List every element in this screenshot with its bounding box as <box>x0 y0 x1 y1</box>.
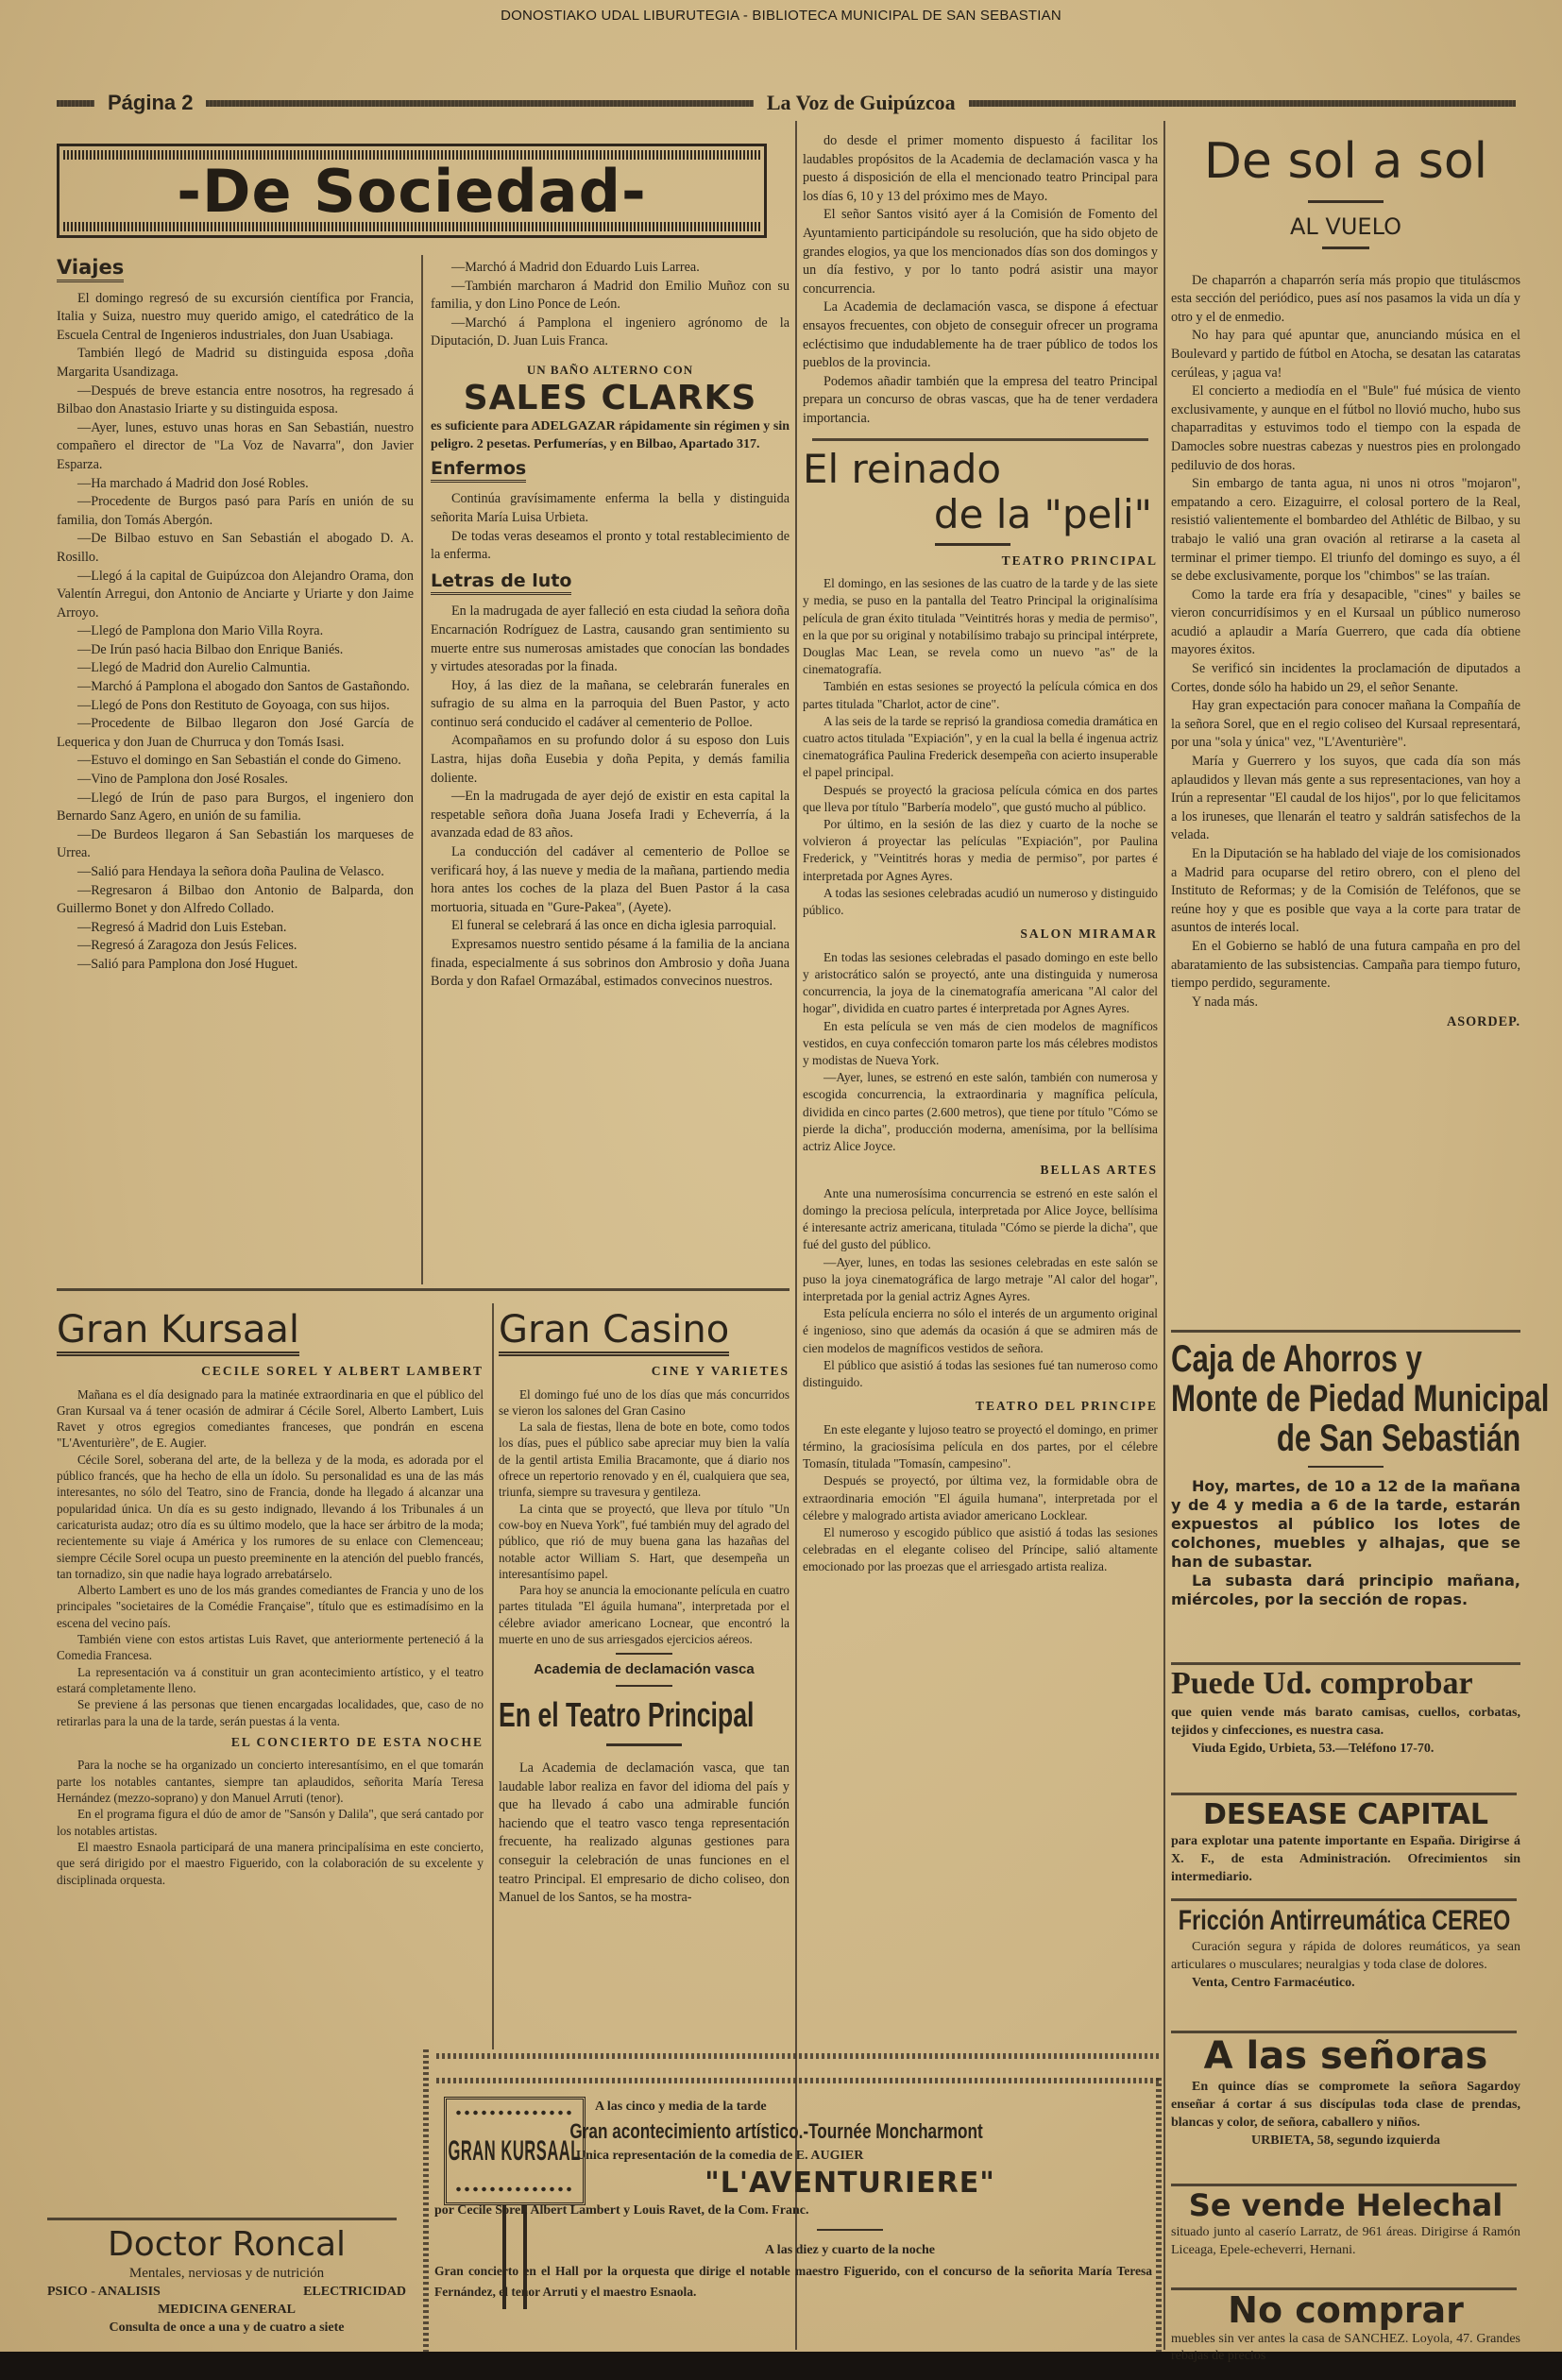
academia-continued: do desde el primer momento dispuesto á f… <box>803 132 1158 429</box>
luto-paragraph: Expresamos nuestro sentido pésame á la f… <box>431 936 789 992</box>
enfermos-paragraph: De todas veras deseamos el pronto y tota… <box>431 528 789 565</box>
luto-paragraph: En la madrugada de ayer falleció en esta… <box>431 603 789 676</box>
viajes-paragraph: —De Bilbao estuvo en San Sebastián el ab… <box>57 530 414 567</box>
concert-heading: EL CONCIERTO DE ESTA NOCHE <box>57 1733 484 1752</box>
caja-ahorros-ad: Caja de Ahorros y Monte de Piedad Munici… <box>1171 1339 1520 1609</box>
section-divider <box>1171 1898 1517 1901</box>
caja-title-2: Monte de Piedad Municipal <box>1171 1379 1549 1419</box>
ad-border <box>436 2053 1160 2059</box>
sol-paragraph: María y Guerrero y los suyos, que cada d… <box>1171 753 1520 845</box>
senoras-ad: A las señoras En quince días se comprome… <box>1171 2034 1520 2150</box>
viajes-paragraph: —De Burdeos llegaron á San Sebastián los… <box>57 826 414 863</box>
sol-paragraph: Se verificó sin incidentes la proclamaci… <box>1171 660 1520 697</box>
section-divider <box>1171 2031 1517 2033</box>
sociedad-column-2: —Marchó á Madrid don Eduardo Luis Larrea… <box>431 259 789 992</box>
page-number: Página 2 <box>108 91 193 115</box>
no-comprar-title: No comprar <box>1171 2289 1520 2331</box>
ad-body: es suficiente para ADELGAZAR rápidamente… <box>431 417 789 454</box>
divider <box>616 1653 672 1655</box>
cinema-paragraph: En este elegante y lujoso teatro se proy… <box>803 1421 1158 1473</box>
gran-kursaal-subheading: CECILE SOREL Y ALBERT LAMBERT <box>57 1362 484 1381</box>
kursaal-paragraph: Mañana es el día designado para la matin… <box>57 1386 484 1452</box>
viajes-paragraph: —Después de breve estancia entre nosotro… <box>57 382 414 419</box>
viajes-paragraph: —También marcharon á Madrid don Emilio M… <box>431 278 789 314</box>
desease-capital-ad: DESEASE CAPITAL para explotar una patent… <box>1171 1798 1520 1886</box>
kursaal-paragraph: Cécile Sorel, soberana del arte, de la b… <box>57 1452 484 1582</box>
ad-cast: por Cecile Sorel, Albert Lambert y Louis… <box>434 2201 1152 2221</box>
column-divider <box>421 255 423 1284</box>
masthead-rule <box>206 100 753 107</box>
enfermos-paragraph: Continúa gravísimamente enferma la bella… <box>431 490 789 527</box>
senoras-address: URBIETA, 58, segundo izquierda <box>1171 2132 1520 2150</box>
ad-border <box>436 2078 1160 2083</box>
cinema-paragraph: Por último, en la sesión de las diez y c… <box>803 816 1158 885</box>
gran-casino-body: El domingo fué uno de los días que más c… <box>499 1386 789 1648</box>
friccion-venta: Venta, Centro Farmacéutico. <box>1171 1974 1520 1992</box>
divider <box>817 2229 883 2231</box>
viajes-paragraph: —Llegó á la capital de Guipúzcoa don Ale… <box>57 568 414 623</box>
puede-body: que quien vende más barato camisas, cuel… <box>1171 1704 1520 1740</box>
no-comprar-body: muebles sin ver antes la casa de SANCHEZ… <box>1171 2331 1520 2365</box>
section-divider <box>1171 1793 1517 1795</box>
sol-paragraph: De chaparrón a chaparrón sería más propi… <box>1171 272 1520 328</box>
cinema-paragraph: El domingo, en las sesiones de las cuatr… <box>803 575 1158 678</box>
viajes-paragraph: —Procedente de Bilbao llegaron don José … <box>57 715 414 752</box>
sol-paragraph: El concierto a mediodía en el "Bule" fué… <box>1171 382 1520 475</box>
friccion-body: Curación segura y rápida de dolores reum… <box>1171 1938 1520 1974</box>
cinema-paragraph: En todas las sesiones celebradas el pasa… <box>803 949 1158 1018</box>
sales-clarks-ad: UN BAÑO ALTERNO CON SALES CLARKS es sufi… <box>431 361 789 454</box>
gran-casino-article: Gran Casino CINE Y VARIETES El domingo f… <box>499 1308 789 1908</box>
sol-paragraph: Sin embargo de tanta agua, ni unos ni ot… <box>1171 475 1520 586</box>
kursaal-ad: A las cinco y media de la tarde Gran aco… <box>548 2097 1152 2303</box>
viajes-heading: Viajes <box>57 259 124 282</box>
cinema-column: do desde el primer momento dispuesto á f… <box>803 132 1158 1576</box>
no-comprar-ad: No comprar muebles sin ver antes la casa… <box>1171 2289 1520 2365</box>
ad-kicker: UN BAÑO ALTERNO CON <box>431 361 789 380</box>
cinema-venue-heading: SALON MIRAMAR <box>803 925 1158 943</box>
enfermos-body: Continúa gravísimamente enferma la bella… <box>431 490 789 564</box>
luto-body: En la madrugada de ayer falleció en esta… <box>431 603 789 991</box>
kursaal-paragraph: También viene con estos artistas Luis Ra… <box>57 1631 484 1664</box>
de-sol-a-sol-column: De sol a sol AL VUELO De chaparrón a cha… <box>1171 132 1520 1032</box>
academia-body: La Academia de declamación vasca, que ta… <box>499 1759 789 1908</box>
de-sociedad-header: -De Sociedad- <box>57 144 767 238</box>
senoras-title: A las señoras <box>1171 2034 1520 2078</box>
de-sol-a-sol-body: De chaparrón a chaparrón sería más propi… <box>1171 272 1520 1012</box>
concert-paragraph: Para la noche se ha organizado un concie… <box>57 1757 484 1806</box>
viajes-paragraph: —Llegó de Madrid don Aurelio Calmuntia. <box>57 659 414 678</box>
title-underline <box>1308 200 1384 203</box>
doctor-roncal-ad: Doctor Roncal Mentales, nerviosas y de n… <box>47 2225 406 2337</box>
doctor-psico: PSICO - ANALISIS <box>47 2283 161 2301</box>
cinema-paragraph: El público que asistió á todas las sesio… <box>803 1357 1158 1391</box>
desease-body: para explotar una patente importante en … <box>1171 1832 1520 1886</box>
puede-title: Puede Ud. comprobar <box>1171 1664 1520 1704</box>
helechal-body: situado junto al caserío Larratz, de 961… <box>1171 2223 1520 2259</box>
signature: ASORDEP. <box>1171 1013 1520 1032</box>
doctor-electricidad: ELECTRICIDAD <box>303 2283 406 2301</box>
viajes-paragraph: —Regresó á Madrid don Luis Esteban. <box>57 919 414 938</box>
luto-heading: Letras de luto <box>431 572 571 596</box>
section-divider <box>1171 1330 1520 1333</box>
caja-body-1: Hoy, martes, de 10 a 12 de la mañana y d… <box>1171 1477 1520 1572</box>
viajes-paragraph: —Estuvo el domingo en San Sebastián el c… <box>57 752 414 771</box>
reinado-body: TEATRO PRINCIPALEl domingo, en las sesio… <box>803 552 1158 1576</box>
cinema-venue-heading: TEATRO PRINCIPAL <box>803 552 1158 570</box>
viajes-paragraph: —Ayer, lunes, estuvo unas horas en San S… <box>57 419 414 475</box>
kursaal-paragraph: Alberto Lambert es uno de los más grande… <box>57 1582 484 1631</box>
de-sol-a-sol-title: De sol a sol <box>1171 132 1520 191</box>
viajes-paragraph: —Marchó á Madrid don Eduardo Luis Larrea… <box>431 259 789 278</box>
academia-paragraph: La Academia de declamación vasca, que ta… <box>499 1759 789 1908</box>
friccion-title: Fricción Antirreumática CEREO <box>1171 1904 1510 1938</box>
doctor-line-3: MEDICINA GENERAL <box>47 2301 406 2319</box>
enfermos-heading: Enfermos <box>431 460 526 484</box>
column-divider <box>1163 121 1165 2350</box>
academia-paragraph: La Academia de declamación vasca, se dis… <box>803 298 1158 372</box>
gran-kursaal-title: Gran Kursaal <box>57 1308 299 1356</box>
luto-paragraph: Acompañamos en su profundo dolor á su es… <box>431 732 789 788</box>
cinema-venue-heading: TEATRO DEL PRINCIPE <box>803 1397 1158 1416</box>
cinema-paragraph: —Ayer, lunes, en todas las sesiones cele… <box>803 1254 1158 1306</box>
cinema-paragraph: Después se proyectó la graciosa película… <box>803 782 1158 816</box>
sol-paragraph: No hay para qué apuntar que, anunciando … <box>1171 327 1520 382</box>
ad-time-2: A las diez y cuarto de la noche <box>548 2240 1152 2261</box>
divider <box>606 1743 682 1746</box>
academia-paragraph: Podemos añadir también que la empresa de… <box>803 373 1158 429</box>
cinema-paragraph: En esta película se ven más de cien mode… <box>803 1018 1158 1070</box>
cinema-paragraph: A todas las sesiones celebradas acudió u… <box>803 885 1158 919</box>
section-divider <box>57 1288 789 1291</box>
puede-address: Viuda Egido, Urbieta, 53.—Teléfono 17-70… <box>1171 1740 1520 1759</box>
viajes-continued: —Marchó á Madrid don Eduardo Luis Larrea… <box>431 259 789 351</box>
gran-casino-title: Gran Casino <box>499 1308 729 1356</box>
newspaper-name: La Voz de Guipúzcoa <box>767 91 956 115</box>
ad-border <box>423 2049 429 2352</box>
viajes-body: El domingo regresó de su excursión cient… <box>57 290 414 975</box>
casino-paragraph: La sala de fiestas, llena de bote en bot… <box>499 1419 789 1500</box>
cinema-paragraph: A las seis de la tarde se reprisó la gra… <box>803 713 1158 782</box>
ad-event-1: Gran acontecimiento artístico.-Tournée M… <box>548 2117 1019 2146</box>
viajes-paragraph: —Procedente de Burgos pasó para París en… <box>57 493 414 530</box>
casino-paragraph: La cinta que se proyectó, que lleva por … <box>499 1501 789 1582</box>
sol-paragraph: Hay gran expectación para conocer mañana… <box>1171 697 1520 753</box>
luto-paragraph: Hoy, á las diez de la mañana, se celebra… <box>431 677 789 733</box>
viajes-paragraph: —Regresó á Zaragoza don Jesús Felices. <box>57 937 414 956</box>
viajes-paragraph: —Marchó á Pamplona el ingeniero agrónomo… <box>431 314 789 351</box>
cinema-venue-heading: BELLAS ARTES <box>803 1161 1158 1180</box>
academia-paragraph: do desde el primer momento dispuesto á f… <box>803 132 1158 206</box>
reinado-title-1: El reinado <box>803 447 1158 492</box>
viajes-paragraph: —Regresaron á Bilbao don Antonio de Balp… <box>57 882 414 919</box>
sol-paragraph: Y nada más. <box>1171 994 1520 1012</box>
academia-kicker: Academia de declamación vasca <box>499 1660 789 1679</box>
viajes-paragraph: —Llegó de Irún de paso para Burgos, el i… <box>57 790 414 826</box>
viajes-paragraph: —Salió para Pamplona don José Huguet. <box>57 956 414 975</box>
masthead-rule <box>57 100 94 107</box>
doctor-line-1: Mentales, nerviosas y de nutrición <box>47 2265 406 2283</box>
viajes-paragraph: —Ha marchado á Madrid don José Robles. <box>57 475 414 494</box>
cinema-paragraph: Esta película encierra no sólo el interé… <box>803 1305 1158 1357</box>
doctor-line-2: PSICO - ANALISIS ELECTRICIDAD <box>47 2283 406 2301</box>
caja-body-2: La subasta dará principio mañana, miérco… <box>1171 1572 1520 1609</box>
sol-paragraph: En la Diputación se ha hablado del viaje… <box>1171 845 1520 938</box>
viajes-paragraph: —De Irún pasó hacia Bilbao don Enrique B… <box>57 641 414 660</box>
viajes-column: Viajes El domingo regresó de su excursió… <box>57 259 414 975</box>
gran-kursaal-body: Mañana es el día designado para la matin… <box>57 1386 484 1729</box>
viajes-paragraph: —Salió para Hendaya la señora doña Pauli… <box>57 863 414 882</box>
title-underline <box>935 543 1010 546</box>
viajes-paragraph: —Vino de Pamplona don José Rosales. <box>57 771 414 790</box>
kursaal-paragraph: Se previene á las personas que tienen en… <box>57 1696 484 1729</box>
viajes-paragraph: El domingo regresó de su excursión cient… <box>57 290 414 346</box>
viajes-paragraph: —Llegó de Pons don Restituto de Goyoaga,… <box>57 697 414 716</box>
concert-body: Para la noche se ha organizado un concie… <box>57 1757 484 1887</box>
ad-headline: SALES CLARKS <box>431 380 789 417</box>
puede-comprobar-ad: Puede Ud. comprobar que quien vende más … <box>1171 1664 1520 1759</box>
helechal-ad: Se vende Helechal situado junto al caser… <box>1171 2187 1520 2259</box>
viajes-paragraph: —Marchó á Pamplona el abogado don Santos… <box>57 678 414 697</box>
concert-paragraph: El maestro Esnaola participará de una ma… <box>57 1839 484 1888</box>
divider <box>616 1685 672 1687</box>
academia-paragraph: El señor Santos visitó ayer á la Comisió… <box>803 206 1158 298</box>
divider <box>1308 1466 1384 1468</box>
friccion-ad: Fricción Antirreumática CEREO Curación s… <box>1171 1904 1520 1992</box>
column-divider <box>492 1303 494 2049</box>
ad-play-title: "L'AVENTURIERE" <box>548 2167 1152 2201</box>
cinema-paragraph: —Ayer, lunes, se estrenó en este salón, … <box>803 1069 1158 1155</box>
ad-concert: Gran concierto en el Hall por la orquest… <box>434 2261 1152 2303</box>
masthead: Página 2 La Voz de Guipúzcoa <box>57 91 1516 115</box>
ad-time-1: A las cinco y media de la tarde <box>548 2097 1152 2117</box>
concert-paragraph: En el programa figura el dúo de amor de … <box>57 1806 484 1839</box>
casino-paragraph: Para hoy se anuncia la emocionante pelíc… <box>499 1582 789 1647</box>
viajes-paragraph: También llegó de Madrid su distinguida e… <box>57 345 414 382</box>
column-divider <box>795 121 797 2350</box>
cinema-paragraph: También en estas sesiones se proyectó la… <box>803 678 1158 712</box>
archive-banner: DONOSTIAKO UDAL LIBURUTEGIA - BIBLIOTECA… <box>0 8 1562 24</box>
casino-paragraph: El domingo fué uno de los días que más c… <box>499 1386 789 1419</box>
sol-paragraph: Como la tarde era fría y desapacible, "c… <box>1171 586 1520 660</box>
al-vuelo-subtitle: AL VUELO <box>1171 218 1520 237</box>
senoras-body: En quince días se compromete la señora S… <box>1171 2078 1520 2132</box>
kursaal-paragraph: La representación va á constituir un gra… <box>57 1664 484 1697</box>
desease-title: DESEASE CAPITAL <box>1171 1798 1520 1832</box>
cinema-paragraph: Ante una numerosísima concurrencia se es… <box>803 1185 1158 1254</box>
sol-paragraph: En el Gobierno se habló de una futura ca… <box>1171 938 1520 994</box>
divider <box>812 438 1148 441</box>
ad-unica: Unica representación de la comedia de E.… <box>548 2146 1152 2167</box>
academia-title: En el Teatro Principal <box>499 1696 714 1734</box>
section-divider <box>47 2218 397 2220</box>
luto-paragraph: —En la madrugada de ayer dejó de existir… <box>431 788 789 843</box>
viajes-paragraph: —Llegó de Pamplona don Mario Villa Royra… <box>57 622 414 641</box>
cinema-paragraph: El numeroso y escogido público que asist… <box>803 1524 1158 1576</box>
ad-border <box>1156 2078 1162 2352</box>
helechal-title: Se vende Helechal <box>1171 2187 1520 2223</box>
doctor-line-4: Consulta de once a una y de cuatro a sie… <box>47 2319 406 2337</box>
caja-title-3: de San Sebastián <box>1277 1419 1520 1458</box>
luto-paragraph: La conducción del cadáver al cementerio … <box>431 843 789 917</box>
section-title: -De Sociedad- <box>177 157 646 226</box>
section-divider <box>1171 2184 1517 2186</box>
reinado-title-2: de la "peli" <box>803 492 1158 537</box>
doctor-roncal-title: Doctor Roncal <box>47 2225 406 2265</box>
gran-kursaal-article: Gran Kursaal CECILE SOREL Y ALBERT LAMBE… <box>57 1308 484 1888</box>
gran-casino-subheading: CINE Y VARIETES <box>499 1362 789 1381</box>
caja-title-1: Caja de Ahorros y <box>1171 1339 1422 1379</box>
masthead-rule <box>969 100 1516 107</box>
cinema-paragraph: Después se proyectó, por última vez, la … <box>803 1472 1158 1524</box>
luto-paragraph: El funeral se celebrará á las once en di… <box>431 917 789 936</box>
title-underline <box>1322 246 1369 249</box>
